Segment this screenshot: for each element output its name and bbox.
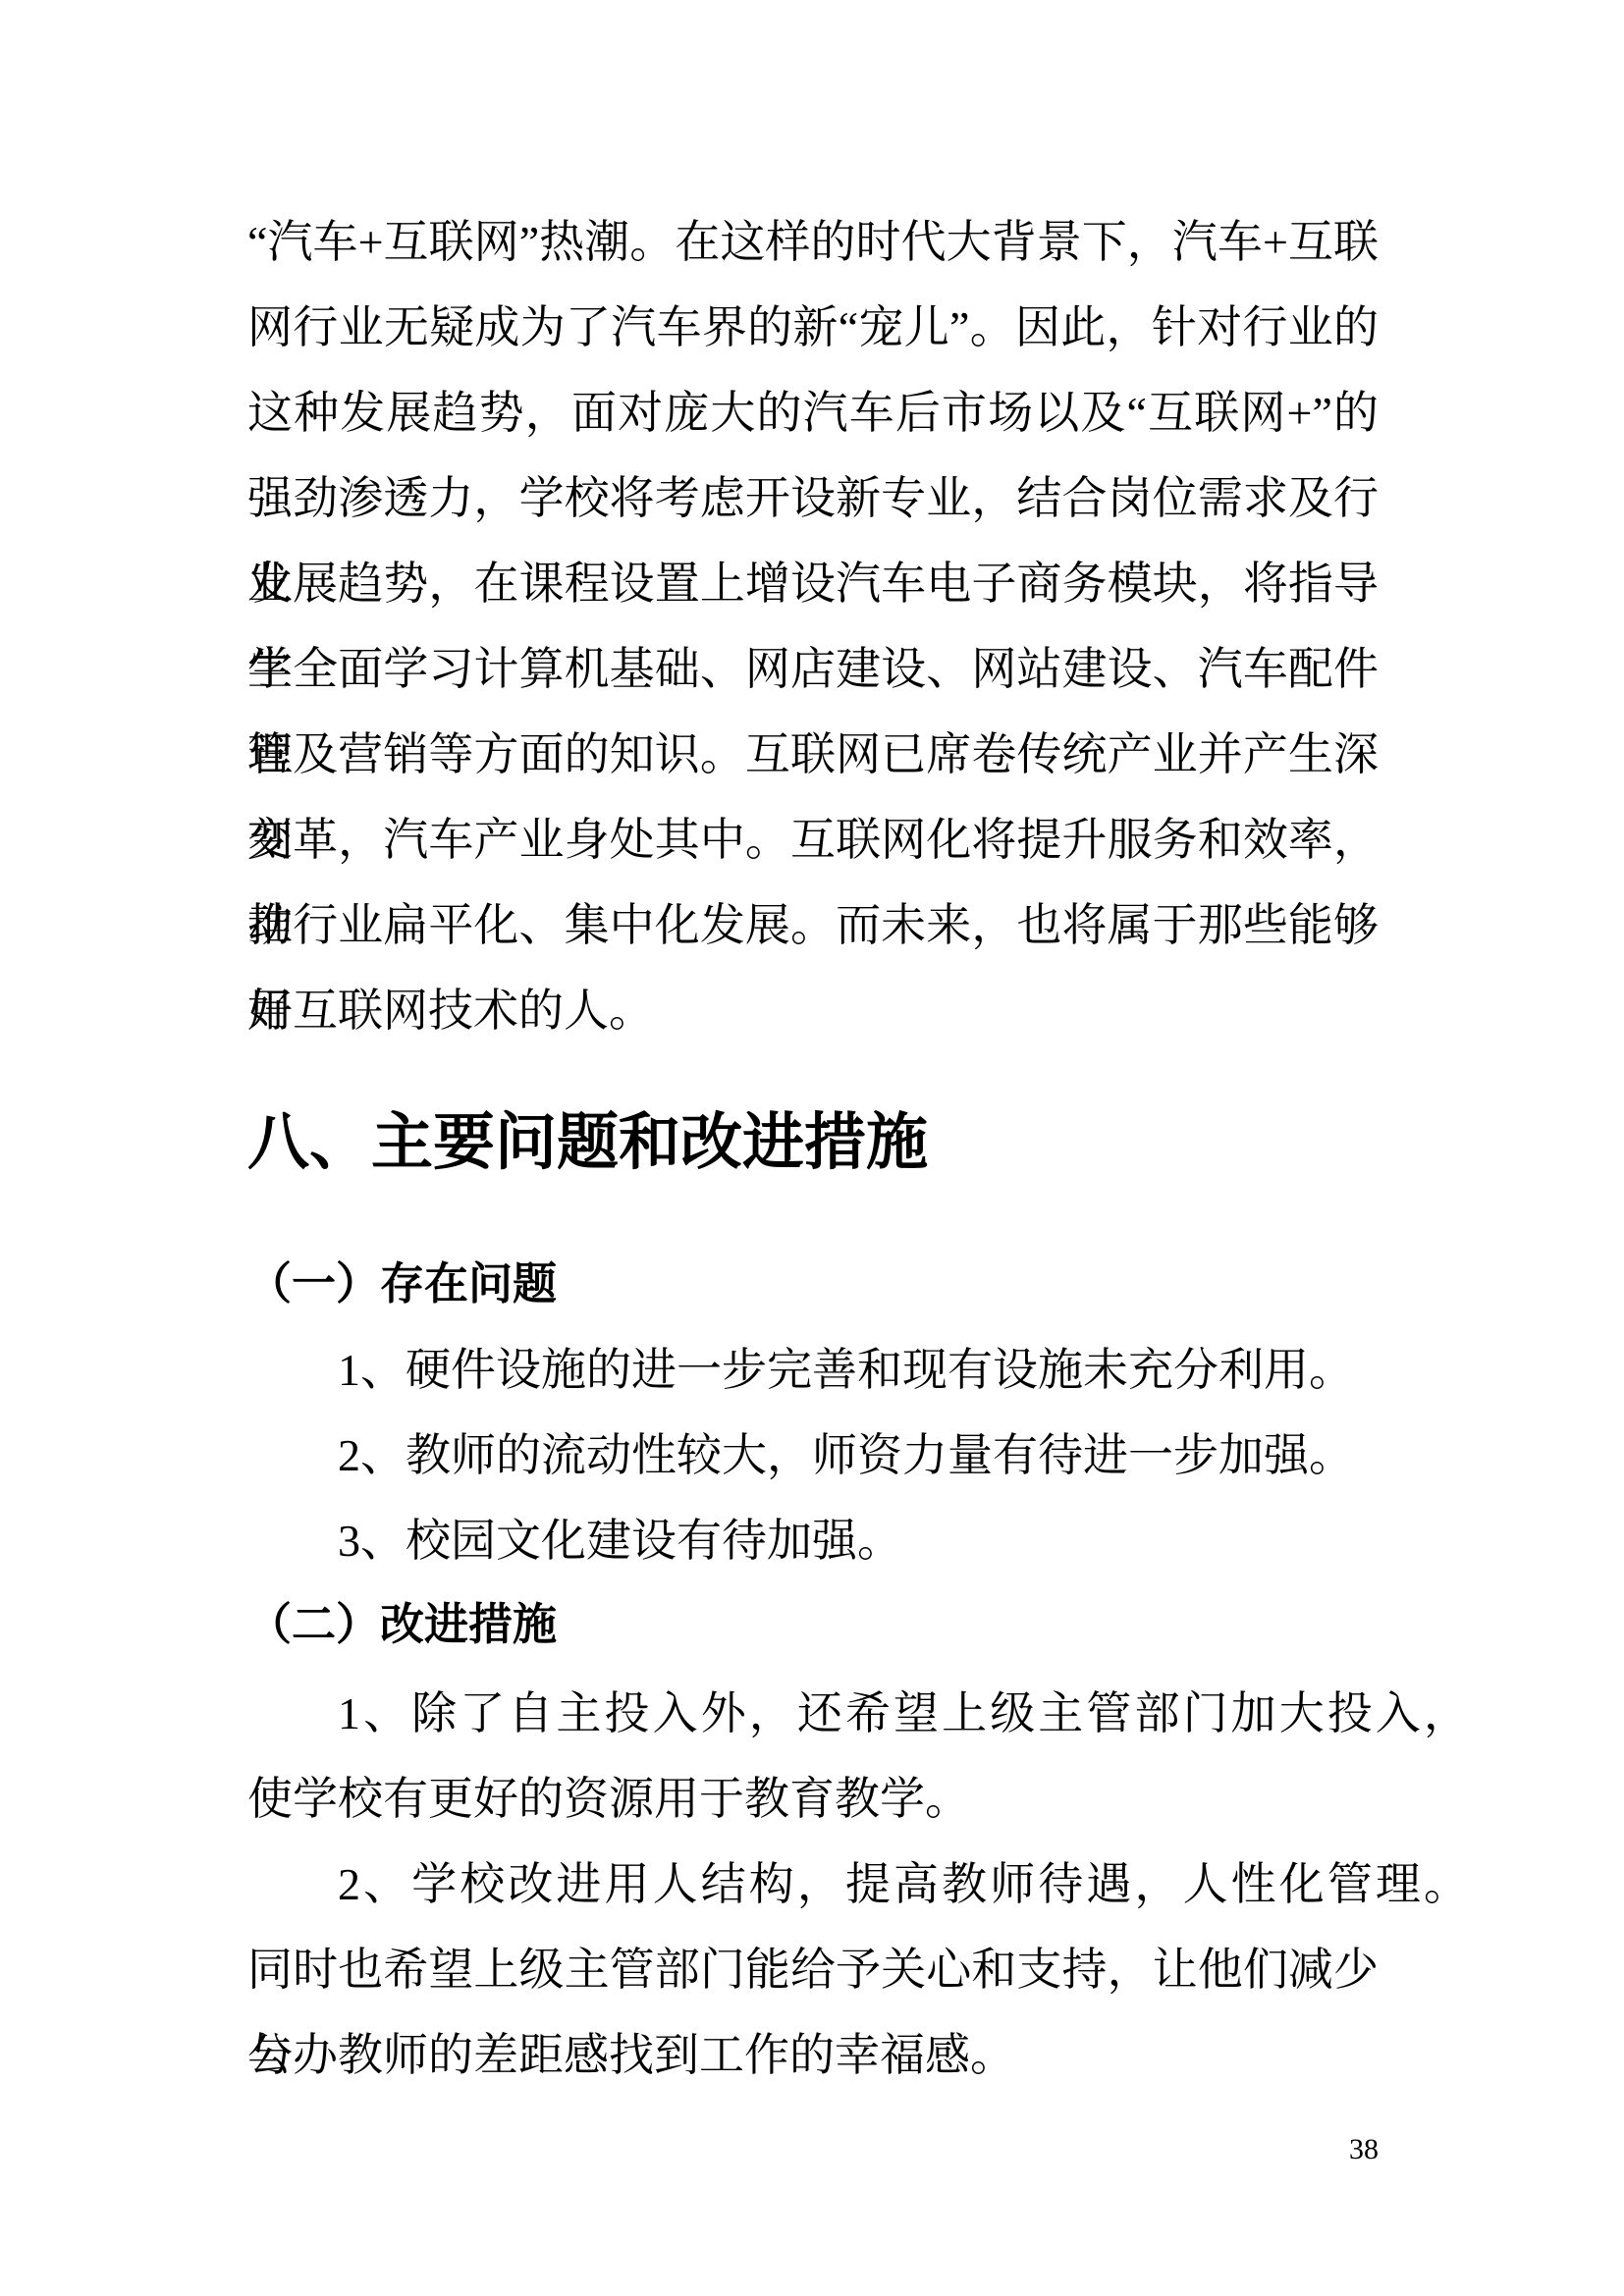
body-text-line: 2、学校改进用人结构，提高教师待遇，人性化管理。 [247,1842,1469,1927]
body-text-line: 动行业扁平化、集中化发展。而未来，也将属于那些能够用 [247,882,1379,968]
body-text-line: 同时也希望上级主管部门能给予关心和支持，让他们减少与 [247,1927,1379,2012]
body-text-line: 网行业无疑成为了汽车界的新“宠儿”。因此，针对行业的 [247,285,1379,370]
body-text-line: 使学校有更好的资源用于教育教学。 [247,1756,1379,1842]
subsection-title-2: （二）改进措施 [247,1581,1379,1667]
body-text-line: 1、除了自主投入外，还希望上级主管部门加大投入， [247,1671,1469,1756]
section-heading: 八、主要问题和改进措施 [247,1098,1379,1187]
list-item: 3、校园文化建设有待加强。 [247,1498,1469,1583]
body-text-line: 这种发展趋势，面对庞大的汽车后市场以及“互联网+”的 [247,370,1379,455]
list-item: 1、硬件设施的进一步完善和现有设施未充分利用。 [247,1327,1469,1413]
subsection-title-1: （一）存在问题 [247,1241,1379,1326]
body-text-line: 变革，汽车产业身处其中。互联网化将提升服务和效率，推 [247,797,1379,882]
body-text-line: 理及营销等方面的知识。互联网已席卷传统产业并产生深刻 [247,712,1379,797]
body-text-line: 强劲渗透力，学校将考虑开设新专业，结合岗位需求及行业 [247,455,1379,541]
body-text-line: 生全面学习计算机基础、网店建设、网站建设、汽车配件管 [247,626,1379,712]
document-page: “汽车+互联网”热潮。在这样的时代大背景下，汽车+互联 网行业无疑成为了汽车界的… [0,0,1624,2296]
body-text-line: 公办教师的差距感找到工作的幸福感。 [247,2012,1379,2098]
body-text-line: 发展趋势，在课程设置上增设汽车电子商务模块，将指导学 [247,541,1379,626]
page-number: 38 [247,2130,1379,2169]
body-text-line: 好互联网技术的人。 [247,968,1379,1053]
body-text-line: “汽车+互联网”热潮。在这样的时代大背景下，汽车+互联 [247,199,1379,285]
list-item: 2、教师的流动性较大，师资力量有待进一步加强。 [247,1413,1469,1498]
